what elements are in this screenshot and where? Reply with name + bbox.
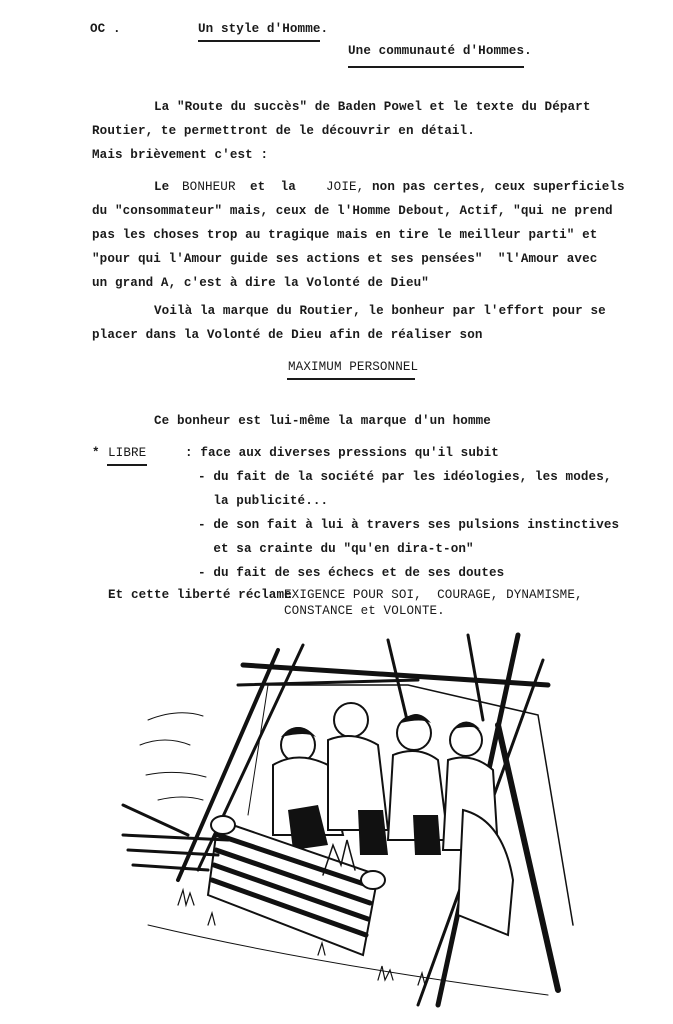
keyword-joie: JOIE, xyxy=(326,180,364,195)
bullet-marker: * xyxy=(92,446,100,461)
bullet-term-libre: LIBRE xyxy=(108,446,146,461)
closing-lead: Et cette liberté réclame xyxy=(108,588,292,603)
paragraph-line: non pas certes, ceux superficiels xyxy=(372,180,625,195)
paragraph-line: Mais brièvement c'est : xyxy=(92,148,268,163)
keyword-bonheur: BONHEUR xyxy=(182,180,236,195)
bullet-intro: : face aux diverses pressions qu'il subi… xyxy=(185,446,499,461)
sub-item: - du fait de la société par les idéologi… xyxy=(198,470,612,485)
title-style: Un style d'Homme. xyxy=(198,22,328,37)
emphasis-underline xyxy=(287,378,415,380)
paragraph-line: un grand A, c'est à dire la Volonté de D… xyxy=(92,276,429,291)
sub-item: la publicité... xyxy=(198,494,328,509)
paragraph-line: La "Route du succès" de Baden Powel et l… xyxy=(154,100,590,115)
paragraph-line: Ce bonheur est lui-même la marque d'un h… xyxy=(154,414,491,429)
paragraph-line: et la xyxy=(250,180,296,195)
paragraph-line: "pour qui l'Amour guide ses actions et s… xyxy=(92,252,597,267)
paragraph-line: Le xyxy=(154,180,169,195)
bullet-term-underline xyxy=(107,464,147,466)
emphasis-maximum-personnel: MAXIMUM PERSONNEL xyxy=(288,360,418,375)
paragraph-line: Voilà la marque du Routier, le bonheur p… xyxy=(154,304,606,319)
closing-caps: CONSTANCE et VOLONTE. xyxy=(284,604,445,619)
document-reference: OC . xyxy=(90,22,121,37)
sub-item: - du fait de ses échecs et de ses doutes xyxy=(198,566,504,581)
paragraph-line: pas les choses trop au tragique mais en … xyxy=(92,228,597,243)
paragraph-line: Routier, te permettront de le découvrir … xyxy=(92,124,475,139)
title-style-underline xyxy=(198,40,320,42)
closing-caps: EXIGENCE POUR SOI, COURAGE, DYNAMISME, xyxy=(284,588,583,603)
sub-item: - de son fait à lui à travers ses pulsio… xyxy=(198,518,619,533)
paragraph-line: placer dans la Volonté de Dieu afin de r… xyxy=(92,328,483,343)
title-community: Une communauté d'Hommes. xyxy=(348,44,532,59)
title-community-underline xyxy=(348,66,524,68)
sub-item: et sa crainte du "qu'en dira-t-on" xyxy=(198,542,474,557)
scout-shelter-illustration xyxy=(118,625,588,1010)
paragraph-line: du "consommateur" mais, ceux de l'Homme … xyxy=(92,204,613,219)
